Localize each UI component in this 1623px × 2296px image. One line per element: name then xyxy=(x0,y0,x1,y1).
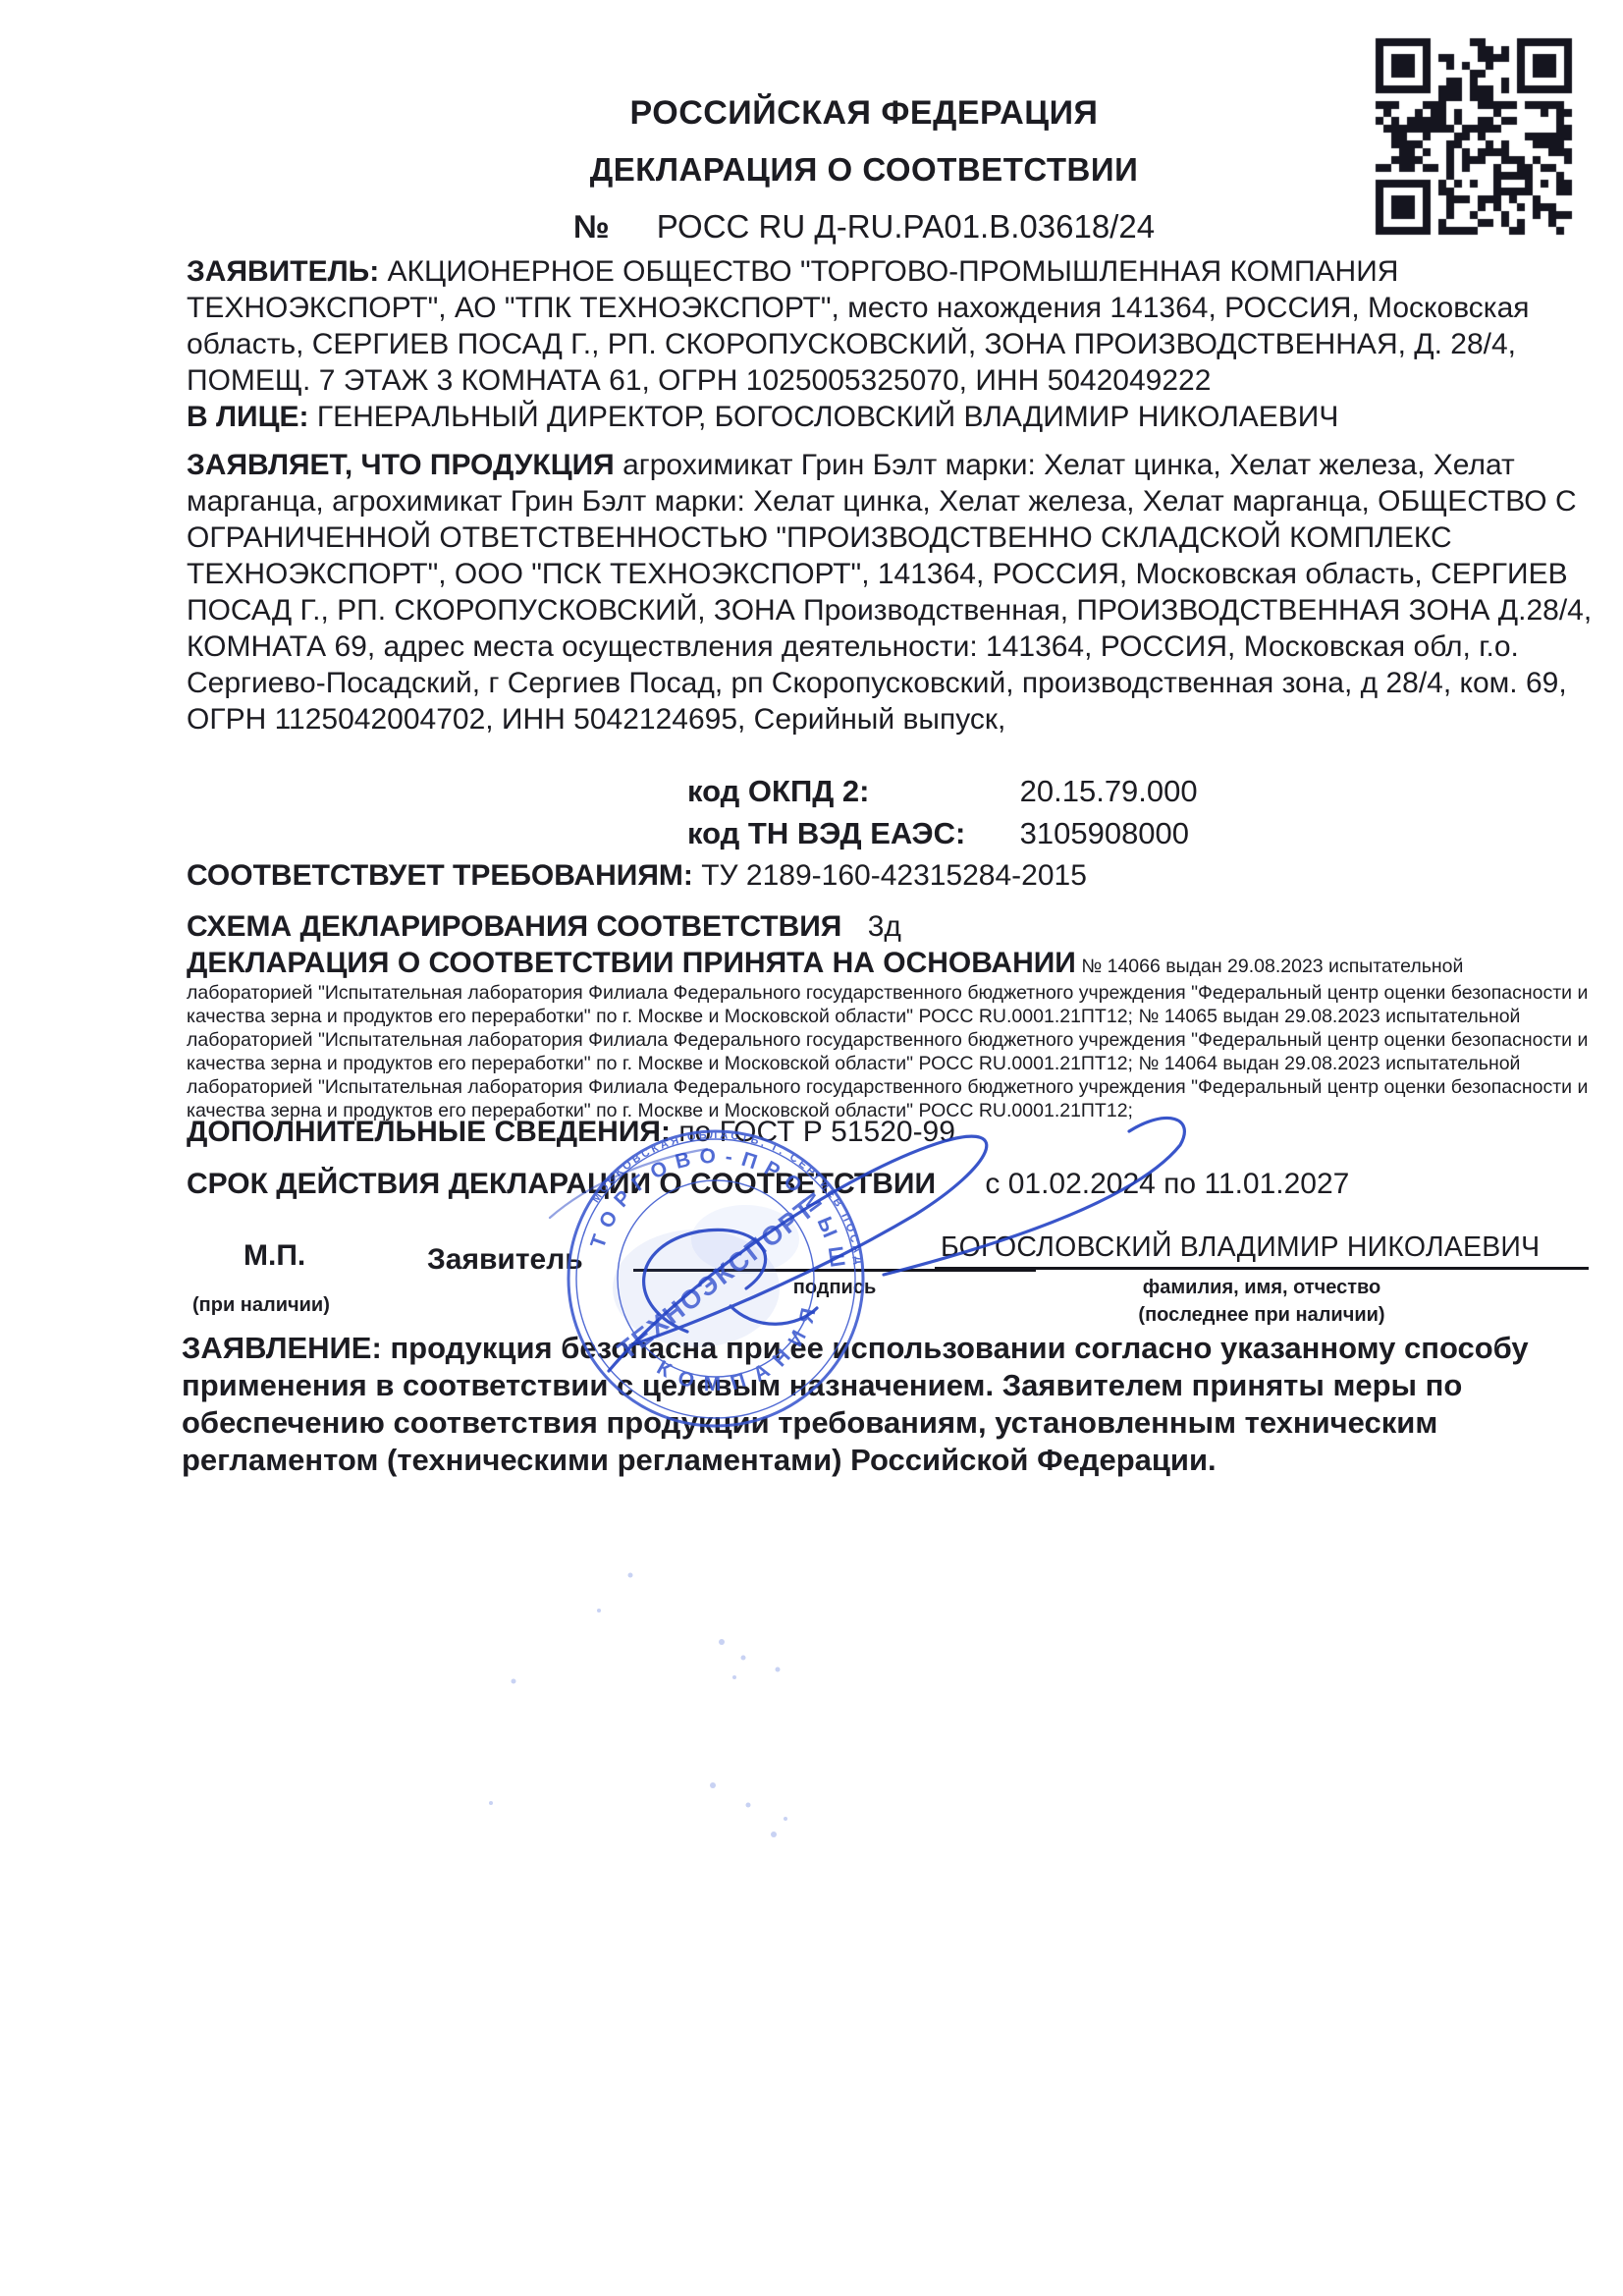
declaration-number-line: №РОСС RU Д-RU.РА01.В.03618/24 xyxy=(187,208,1542,246)
additional-value: по ГОСТ Р 51520-99 xyxy=(678,1116,955,1148)
declaration-document: РОССИЙСКАЯ ФЕДЕРАЦИЯ ДЕКЛАРАЦИЯ О СООТВЕ… xyxy=(0,0,1623,2296)
tnved-code-row: код ТН ВЭД ЕАЭС: 3105908000 xyxy=(687,816,1189,851)
statement-label: ЗАЯВЛЕНИЕ: xyxy=(182,1331,382,1365)
applicant-text: АКЦИОНЕРНОЕ ОБЩЕСТВО "ТОРГОВО-ПРОМЫШЛЕНН… xyxy=(187,255,1530,397)
product-paragraph: ЗАЯВЛЯЕТ, ЧТО ПРОДУКЦИЯ агрохимикат Грин… xyxy=(187,447,1593,738)
basis-section: ДЕКЛАРАЦИЯ О СООТВЕТСТВИИ ПРИНЯТА НА ОСН… xyxy=(187,945,1593,1122)
declaration-number: РОСС RU Д-RU.РА01.В.03618/24 xyxy=(657,208,1155,245)
stamp-ring-text-top: ТОРГОВО-ПРОМЫШЛЕННАЯ xyxy=(586,1145,849,1284)
okpd-code-row: код ОКПД 2: 20.15.79.000 xyxy=(687,774,1198,809)
applicant-label: ЗАЯВИТЕЛЬ: xyxy=(187,255,379,288)
complies-value: ТУ 2189-160-42315284-2015 xyxy=(701,859,1087,892)
applicant-paragraph: ЗАЯВИТЕЛЬ: АКЦИОНЕРНОЕ ОБЩЕСТВО "ТОРГОВО… xyxy=(187,253,1593,399)
validity-label: СРОК ДЕЙСТВИЯ ДЕКЛАРАЦИИ О СООТВЕТСТВИИ xyxy=(187,1168,936,1200)
seal-place-label: М.П. xyxy=(243,1239,305,1273)
svg-text:ТОРГОВО-ПРОМЫШЛЕННАЯ: ТОРГОВО-ПРОМЫШЛЕННАЯ xyxy=(586,1145,849,1284)
name-line xyxy=(935,1267,1589,1270)
in-person-label: В ЛИЦЕ: xyxy=(187,401,309,433)
basis-text: № 14066 выдан 29.08.2023 испытательной л… xyxy=(187,956,1588,1121)
complies-row: СООТВЕТСТВУЕТ ТРЕБОВАНИЯМ: ТУ 2189-160-4… xyxy=(187,859,1087,893)
additional-row: ДОПОЛНИТЕЛЬНЫЕ СВЕДЕНИЯ: по ГОСТ Р 51520… xyxy=(187,1116,955,1149)
statement-paragraph: ЗАЯВЛЕНИЕ: продукция безопасна при ее ис… xyxy=(182,1330,1600,1479)
additional-label: ДОПОЛНИТЕЛЬНЫЕ СВЕДЕНИЯ: xyxy=(187,1116,671,1148)
statement-text: продукция безопасна при ее использовании… xyxy=(182,1331,1529,1477)
signer-role-label: Заявитель xyxy=(427,1243,583,1277)
product-section: ЗАЯВЛЯЕТ, ЧТО ПРОДУКЦИЯ агрохимикат Грин… xyxy=(187,447,1593,738)
seal-place-note: (при наличии) xyxy=(192,1294,330,1317)
validity-value: с 01.02.2024 по 11.01.2027 xyxy=(985,1168,1349,1200)
tnved-code-value: 3105908000 xyxy=(1020,816,1189,850)
product-text: агрохимикат Грин Бэлт марки: Хелат цинка… xyxy=(187,449,1592,736)
in-person-text: ГЕНЕРАЛЬНЫЙ ДИРЕКТОР, БОГОСЛОВСКИЙ ВЛАДИ… xyxy=(317,401,1338,433)
signer-name: БОГОСЛОВСКИЙ ВЛАДИМИР НИКОЛАЕВИЧ xyxy=(941,1231,1589,1264)
product-label: ЗАЯВЛЯЕТ, ЧТО ПРОДУКЦИЯ xyxy=(187,449,615,481)
basis-paragraph: ДЕКЛАРАЦИЯ О СООТВЕТСТВИИ ПРИНЯТА НА ОСН… xyxy=(187,945,1593,1122)
page-title: ДЕКЛАРАЦИЯ О СООТВЕТСТВИИ xyxy=(187,151,1542,189)
header-country: РОССИЙСКАЯ ФЕДЕРАЦИЯ xyxy=(187,94,1542,133)
name-caption: фамилия, имя, отчество xyxy=(935,1277,1589,1299)
name-caption-note: (последнее при наличии) xyxy=(935,1304,1589,1327)
okpd-code-value: 20.15.79.000 xyxy=(1020,774,1198,808)
tnved-code-label: код ТН ВЭД ЕАЭС: xyxy=(687,816,1011,851)
complies-label: СООТВЕТСТВУЕТ ТРЕБОВАНИЯМ: xyxy=(187,859,693,892)
faint-ink-specks xyxy=(489,1573,787,1838)
okpd-code-label: код ОКПД 2: xyxy=(687,774,1011,809)
basis-label: ДЕКЛАРАЦИЯ О СООТВЕТСТВИИ ПРИНЯТА НА ОСН… xyxy=(187,947,1076,979)
number-sign: № xyxy=(573,208,610,245)
scheme-row: СХЕМА ДЕКЛАРИРОВАНИЯ СООТВЕТСТВИЯ 3д xyxy=(187,910,901,944)
in-person-paragraph: В ЛИЦЕ: ГЕНЕРАЛЬНЫЙ ДИРЕКТОР, БОГОСЛОВСК… xyxy=(187,399,1593,435)
validity-row: СРОК ДЕЙСТВИЯ ДЕКЛАРАЦИИ О СООТВЕТСТВИИ … xyxy=(187,1168,1349,1201)
scheme-value: 3д xyxy=(868,910,901,943)
statement-section: ЗАЯВЛЕНИЕ: продукция безопасна при ее ис… xyxy=(182,1330,1600,1479)
scheme-label: СХЕМА ДЕКЛАРИРОВАНИЯ СООТВЕТСТВИЯ xyxy=(187,910,841,943)
applicant-section: ЗАЯВИТЕЛЬ: АКЦИОНЕРНОЕ ОБЩЕСТВО "ТОРГОВО… xyxy=(187,253,1593,435)
